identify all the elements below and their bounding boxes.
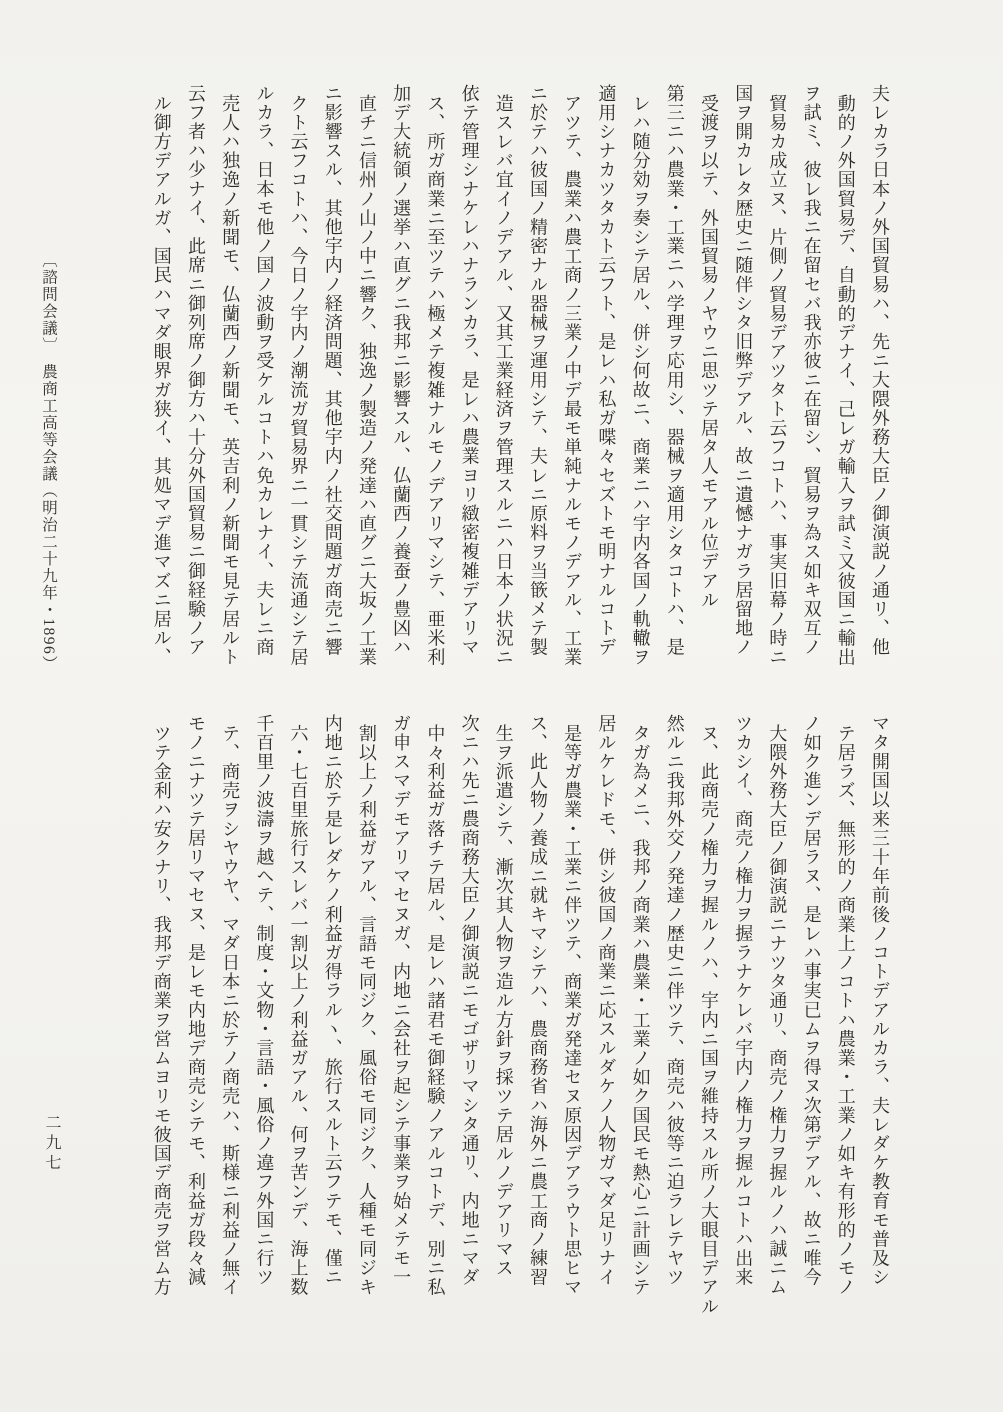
text-line: ニ影響スル、其他宇内ノ経済問題、其他宇内ノ社交問題ガ商売ニ響 xyxy=(316,84,350,704)
text-line: ニ於テハ彼国ノ精密ナル器械ヲ運用シテ、夫レニ原料ヲ当篏メテ製 xyxy=(521,84,555,704)
text-line: レハ随分効ヲ奏シテ居ル、併シ何故ニ、商業ニハ宇内各国ノ軌轍ヲ xyxy=(623,84,657,704)
text-line: 次ニハ先ニ農商務大臣ノ御演説ニモゴザリマシタ通リ、内地ニマダ xyxy=(452,714,486,1348)
text-line: 適用シナカツタカト云フト、是レハ私ガ喋々セズトモ明ナルコトデ xyxy=(589,84,623,704)
text-line: ガ申スマデモアリマセヌガ、内地ニ会社ヲ起シテ事業ヲ始メテモ一 xyxy=(384,714,418,1348)
text-line: 加デ大統領ノ選挙ハ直グニ我邦ニ影響スル、仏蘭西ノ養蚕ノ豊凶ハ xyxy=(384,84,418,704)
text-line: ス、所ガ商業ニ至ツテハ極メテ複雑ナルモノデアリマシテ、亜米利 xyxy=(418,84,452,704)
text-line: ツテ金利ハ安クナリ、我邦デ商業ヲ営ムヨリモ彼国デ商売ヲ営ム方 xyxy=(145,714,179,1348)
text-line: 是等ガ農業・工業ニ伴ツテ、商業ガ発達セヌ原因デアラウト思ヒマ xyxy=(555,714,589,1348)
text-line: 第三ニハ農業・工業ニハ学理ヲ応用シ、器械ヲ適用シタコトハ、是 xyxy=(658,84,692,704)
text-block-bottom: マタ開国以来三十年前後ノコトデアルカラ、夫レダケ教育モ普及シテ居ラズ、無形的ノ商… xyxy=(145,714,897,1348)
text-line: テ居ラズ、無形的ノ商業上ノコトハ農業・工業ノ如キ有形的ノモノ xyxy=(829,714,863,1348)
text-line: ス、此人物ノ養成ニ就キマシテハ、農商務省ハ海外ニ農工商ノ練習 xyxy=(521,714,555,1348)
text-line: モノニナツテ居リマセヌ、是レモ内地デ商売シテモ、利益ガ段々減 xyxy=(179,714,213,1348)
margin-header: 〔諮問会議〕 農商工高等会議（明治二十九年・1896） xyxy=(34,252,62,672)
text-line: ノ如ク進ンデ居ラヌ、是レハ事実已ムヲ得ヌ次第デアル、故ニ唯今 xyxy=(794,714,828,1348)
text-line: 受渡ヲ以テ、外国貿易ノヤウニ思ツテ居タ人モアル位デアル xyxy=(692,84,726,704)
text-line: 国ヲ開カレタ歴史ニ随伴シタ旧弊デアル、故ニ遺憾ナガラ居留地ノ xyxy=(726,84,760,704)
text-line: ツカシイ、商売ノ権力ヲ握ラナケレバ宇内ノ権力ヲ握ルコトハ出来 xyxy=(726,714,760,1348)
text-line: 動的ノ外国貿易デ、自動的デナイ、己レガ輸入ヲ試ミ又彼国ニ輸出 xyxy=(829,84,863,704)
text-line: 貿易カ成立ヌ、片側ノ貿易デアツタト云フコトハ、事実旧幕ノ時ニ xyxy=(760,84,794,704)
text-block-top: 夫レカラ日本ノ外国貿易ハ、先ニ大隈外務大臣ノ御演説ノ通リ、他動的ノ外国貿易デ、自… xyxy=(145,84,897,704)
text-line: ルカラ、日本モ他ノ国ノ波動ヲ受ケルコトハ免カレナイ、夫レニ商 xyxy=(247,84,281,704)
text-line: ル御方デアルガ、国民ハマダ眼界ガ狭イ、其処マデ進マズニ居ル、 xyxy=(145,84,179,704)
text-line: タガ為メニ、我邦ノ商業ハ農業・工業ノ如ク国民モ熱心ニ計画シテ xyxy=(623,714,657,1348)
text-line: 大隈外務大臣ノ御演説ニナツタ通リ、商売ノ権力ヲ握ルノハ誠ニム xyxy=(760,714,794,1348)
text-line: アツテ、農業ハ農工商ノ三業ノ中デ最モ単純ナルモノデアル、工業 xyxy=(555,84,589,704)
text-line: テ、商売ヲシヤウヤ、マダ日本ニ於テノ商売ハ、斯様ニ利益ノ無イ xyxy=(213,714,247,1348)
text-line: クト云フコトハ、今日ノ宇内ノ潮流ガ貿易界ニ一貫シテ流通シテ居 xyxy=(281,84,315,704)
text-line: 六・七百里旅行スレバ一割以上ノ利益ガアル、何ヲ苦ンデ、海上数 xyxy=(281,714,315,1348)
page-number: 二九七 xyxy=(40,1114,63,1174)
text-line: 生ヲ派遣シテ、漸次其人物ヲ造ル方針ヲ採ツテ居ルノデアリマス xyxy=(487,714,521,1348)
text-line: 居ルケレドモ、併シ彼国ノ商業ニ応スルダケノ人物ガマダ足リナイ xyxy=(589,714,623,1348)
text-line: 夫レカラ日本ノ外国貿易ハ、先ニ大隈外務大臣ノ御演説ノ通リ、他 xyxy=(863,84,897,704)
text-line: ヲ試ミ、彼レ我ニ在留セバ我亦彼ニ在留シ、貿易ヲ為ス如キ双互ノ xyxy=(794,84,828,704)
text-line: 割以上ノ利益ガアル、言語モ同ジク、風俗モ同ジク、人種モ同ジキ xyxy=(350,714,384,1348)
text-line: 依テ管理シナケレハナランカラ、是レハ農業ヨリ緻密複雑デアリマ xyxy=(452,84,486,704)
scanned-document-page: 夫レカラ日本ノ外国貿易ハ、先ニ大隈外務大臣ノ御演説ノ通リ、他動的ノ外国貿易デ、自… xyxy=(0,0,1003,1412)
text-line: 千百里ノ波濤ヲ越ヘテ、制度・文物・言語・風俗ノ違フ外国ニ行ツ xyxy=(247,714,281,1348)
text-line: マタ開国以来三十年前後ノコトデアルカラ、夫レダケ教育モ普及シ xyxy=(863,714,897,1348)
text-line: ヌ、此商売ノ権力ヲ握ルノハ、宇内ニ国ヲ維持スル所ノ大眼目デアル xyxy=(692,714,726,1348)
text-line: 然ルニ我邦外交ノ発達ノ歴史ニ伴ツテ、商売ハ彼等ニ迫ラレテヤツ xyxy=(658,714,692,1348)
text-line: 直チニ信州ノ山ノ中ニ響ク、独逸ノ製造ノ発達ハ直グニ大坂ノ工業 xyxy=(350,84,384,704)
text-line: 内地ニ於テ是レダケノ利益ガ得ラルヽ、旅行スルト云フテモ、僅ニ xyxy=(316,714,350,1348)
text-line: 造スレバ宜イノデアル、又其工業経済ヲ管理スルニハ日本ノ状況ニ xyxy=(487,84,521,704)
text-line: 売人ハ独逸ノ新聞モ、仏蘭西ノ新聞モ、英吉利ノ新聞モ見テ居ルト xyxy=(213,84,247,704)
text-line: 中々利益ガ落チテ居ル、是レハ諸君モ御経験ノアルコトデ、別ニ私 xyxy=(418,714,452,1348)
text-line: 云フ者ハ少ナイ、此席ニ御列席ノ御方ハ十分外国貿易ニ御経験ノア xyxy=(179,84,213,704)
